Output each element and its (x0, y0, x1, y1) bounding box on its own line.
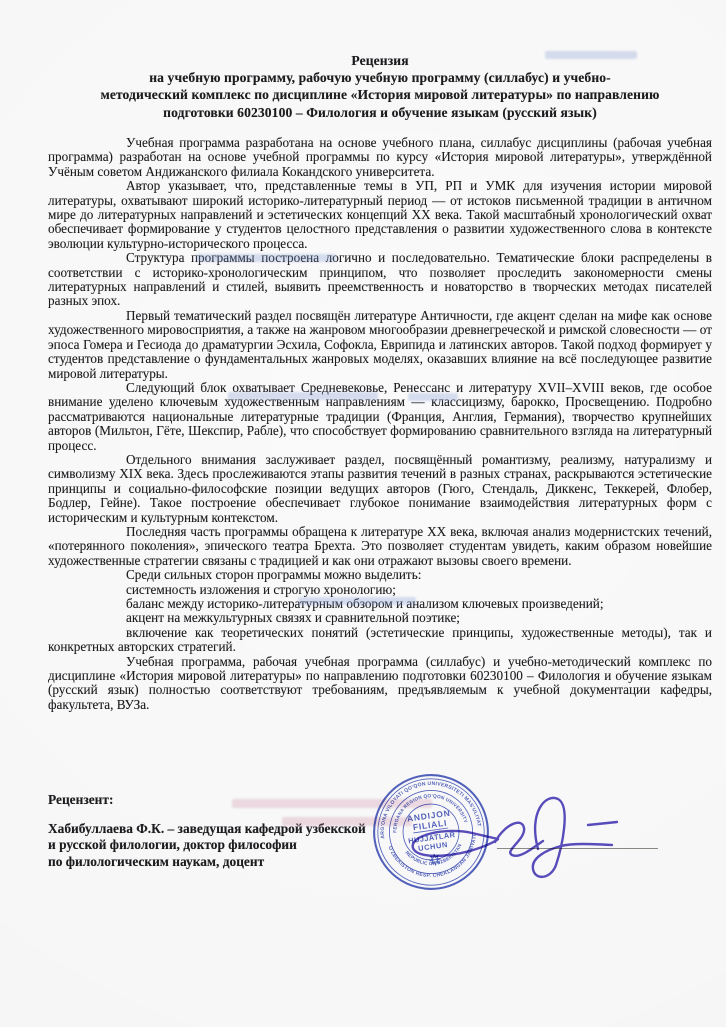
bleed-through-artifact (408, 393, 458, 401)
signature-ink (413, 798, 617, 877)
scanned-review-document: Рецензия на учебную программу, рабочую у… (0, 0, 726, 1027)
strengths-intro: Среди сильных сторон программы можно выд… (48, 568, 712, 582)
strengths-item: системность изложения и строгую хронолог… (48, 583, 712, 597)
strengths-item: включение как теоретических понятий (эст… (48, 626, 712, 655)
paragraph-19th-century: Отдельного внимания заслуживает раздел, … (48, 453, 712, 525)
title-line-3: методический комплекс по дисциплине «Ист… (48, 86, 712, 103)
paragraph-scope: Автор указывает, что, представленные тем… (48, 179, 712, 251)
paragraph-antiquity: Первый тематический раздел посвящён лите… (48, 309, 712, 381)
bleed-through-artifact (228, 392, 378, 400)
bleed-through-artifact (298, 597, 416, 605)
document-body: Учебная программа разработана на основе … (48, 136, 712, 712)
bleed-through-artifact (196, 254, 336, 262)
strengths-item: акцент на межкультурных связях и сравнит… (48, 611, 712, 625)
closing-paragraph: Учебная программа, рабочая учебная прогр… (48, 655, 712, 713)
bleed-through-artifact (545, 51, 637, 59)
paragraph-20th-century: Последняя часть программы обращена к лит… (48, 525, 712, 568)
paragraph-middle-ages: Следующий блок охватывает Средневековье,… (48, 381, 712, 453)
document-title: Рецензия на учебную программу, рабочую у… (48, 52, 712, 121)
title-line-2: на учебную программу, рабочую учебную пр… (48, 69, 712, 86)
paragraph-overview: Учебная программа разработана на основе … (48, 136, 712, 179)
handwritten-signature (410, 788, 710, 892)
title-line-4: подготовки 60230100 – Филология и обучен… (48, 104, 712, 121)
paragraph-structure: Структура программы построена логично и … (48, 251, 712, 309)
